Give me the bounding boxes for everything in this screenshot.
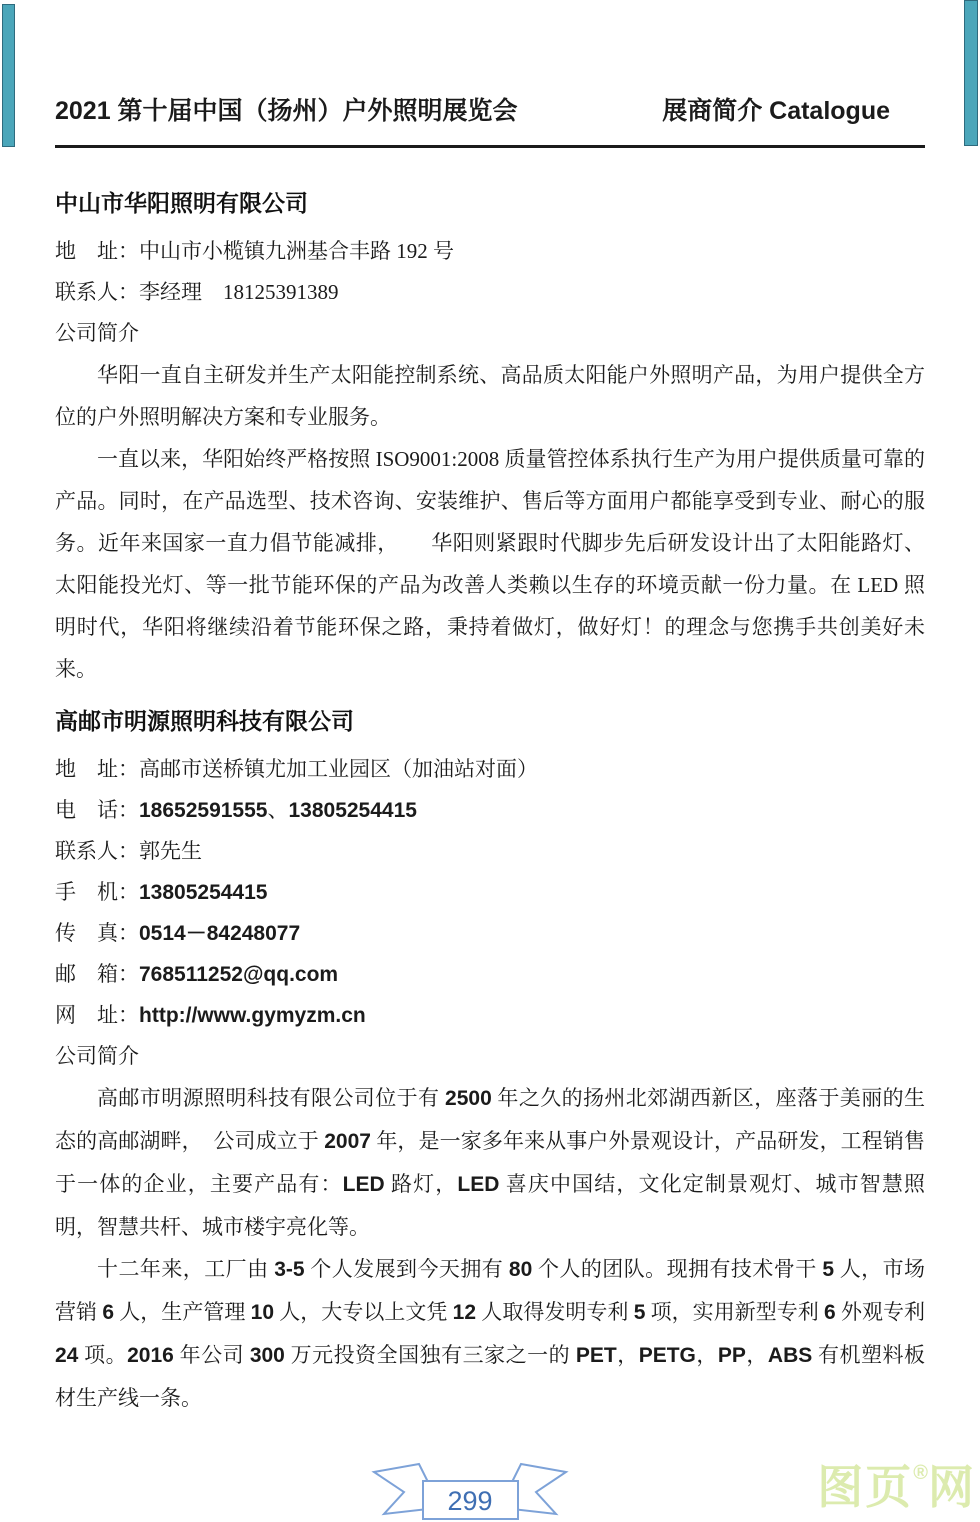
- contact-field-row: 网 址：http://www.gymyzm.cn: [55, 995, 925, 1036]
- text-segment: 十二年来，工厂由: [97, 1257, 274, 1281]
- bold-text-segment: 6: [824, 1301, 836, 1324]
- header-subtitle: 展商简介 Catalogue: [662, 94, 890, 128]
- intro-paragraph: 十二年来，工厂由 3-5 个人发展到今天拥有 80 个人的团队。现拥有技术骨干 …: [55, 1248, 925, 1419]
- bold-text-segment: PETG: [639, 1344, 696, 1367]
- company-intro-label: 公司简介: [55, 1036, 925, 1077]
- contact-field-value: 13805254415: [139, 880, 267, 904]
- company-section: 高邮市明源照明科技有限公司 地 址：高邮市送桥镇尤加工业园区（加油站对面） 电 …: [55, 708, 925, 1419]
- bold-text-segment: PP: [718, 1344, 746, 1367]
- contact-field-label: 手 机: [55, 880, 118, 904]
- bold-text-segment: 24: [55, 1344, 78, 1367]
- text-segment: 项。: [78, 1343, 127, 1367]
- bold-text-segment: 0514－84248077: [139, 922, 300, 945]
- contact-field-value: 高邮市送桥镇尤加工业园区（加油站对面）: [139, 757, 538, 781]
- contact-field-label: 邮 箱: [55, 962, 118, 986]
- text-segment: 一直以来，华阳始终严格按照 ISO9001:2008 质量管控体系执行生产为用户…: [55, 447, 925, 597]
- bold-text-segment: 12: [453, 1301, 476, 1324]
- bold-text-segment: 13805254415: [288, 799, 416, 822]
- contact-field-value: 768511252@qq.com: [139, 962, 338, 986]
- bold-text-segment: 18652591555: [139, 799, 267, 822]
- contact-field-separator: ：: [118, 921, 139, 945]
- contact-field-label: 联系人: [55, 839, 118, 863]
- contact-field-label: 传 真: [55, 921, 118, 945]
- bold-text-segment: 5: [634, 1301, 646, 1324]
- text-segment: 人，大专以上文凭: [274, 1300, 453, 1324]
- company-block-1: 中山市华阳照明有限公司 地 址：中山市小榄镇九洲基合丰路 192 号 联系人：李…: [55, 190, 925, 690]
- company-name: 中山市华阳照明有限公司: [55, 190, 925, 217]
- bold-text-segment: LED: [457, 1173, 499, 1196]
- bold-text-segment: 2016: [127, 1344, 174, 1367]
- contact-field-row: 电 话：18652591555、13805254415: [55, 790, 925, 831]
- bold-text-segment: 5: [822, 1258, 834, 1281]
- bold-text-segment: PET: [576, 1344, 617, 1367]
- text-segment: 郭先生: [139, 839, 202, 863]
- contact-field-row: 邮 箱：768511252@qq.com: [55, 954, 925, 995]
- registered-mark-icon: ®: [913, 1462, 928, 1484]
- company-intro-paragraphs: 高邮市明源照明科技有限公司位于有 2500 年之久的扬州北郊湖西新区，座落于美丽…: [55, 1077, 925, 1419]
- watermark-text: 网: [928, 1461, 976, 1513]
- text-segment: 人，生产管理: [114, 1300, 251, 1324]
- bold-text-segment: 3-5: [274, 1258, 304, 1281]
- bold-text-segment: 2007: [324, 1130, 371, 1153]
- bold-text-segment: 300: [250, 1344, 285, 1367]
- intro-paragraph: 高邮市明源照明科技有限公司位于有 2500 年之久的扬州北郊湖西新区，座落于美丽…: [55, 1077, 925, 1248]
- contact-field-value: 中山市小榄镇九洲基合丰路 192 号: [139, 239, 454, 263]
- text-segment: 人取得发明专利: [476, 1300, 634, 1324]
- contact-field-separator: ：: [118, 1003, 139, 1027]
- contact-field-label: 电 话: [55, 798, 118, 822]
- text-segment: 华阳一直自主研发并生产太阳能控制系统、高品质太阳能户外照明产品，为用户提供全方位…: [55, 363, 925, 429]
- contact-field-label: 地 址: [55, 239, 118, 263]
- text-segment: LED: [857, 573, 898, 597]
- watermark-text: 图页: [817, 1461, 913, 1513]
- intro-paragraph: 华阳一直自主研发并生产太阳能控制系统、高品质太阳能户外照明产品，为用户提供全方位…: [55, 354, 925, 438]
- bold-text-segment: 768511252@qq.com: [139, 963, 338, 986]
- intro-paragraph: 一直以来，华阳始终严格按照 ISO9001:2008 质量管控体系执行生产为用户…: [55, 438, 925, 690]
- left-accent-bar: [2, 4, 15, 147]
- text-segment: ，: [696, 1343, 718, 1367]
- text-segment: 外观专利: [836, 1300, 925, 1324]
- bold-text-segment: 10: [251, 1301, 274, 1324]
- company-contact-fields: 地 址：中山市小榄镇九洲基合丰路 192 号 联系人：李经理 181253913…: [55, 231, 925, 313]
- text-segment: 个人发展到今天拥有: [305, 1257, 509, 1281]
- text-segment: ，: [746, 1343, 768, 1367]
- contact-field-row: 地 址：中山市小榄镇九洲基合丰路 192 号: [55, 231, 925, 272]
- page-header: 2021 第十届中国（扬州）户外照明展览会 展商简介 Catalogue: [55, 94, 890, 128]
- contact-field-row: 手 机：13805254415: [55, 872, 925, 913]
- ribbon-left-wing: [374, 1464, 428, 1514]
- page-number-ribbon: 299: [371, 1459, 569, 1521]
- contact-field-label: 网 址: [55, 1003, 118, 1027]
- header-rule: [55, 145, 925, 148]
- company-name: 高邮市明源照明科技有限公司: [55, 708, 925, 735]
- contact-field-value: 郭先生: [139, 839, 202, 863]
- text-segment: 个人的团队。现拥有技术骨干: [532, 1257, 822, 1281]
- text-segment: 万元投资全国独有三家之一的: [285, 1343, 576, 1367]
- company-section: 中山市华阳照明有限公司 地 址：中山市小榄镇九洲基合丰路 192 号 联系人：李…: [55, 190, 925, 690]
- contact-field-separator: ：: [118, 757, 139, 781]
- contact-field-value: 18652591555、13805254415: [139, 798, 417, 822]
- contact-field-value: 0514－84248077: [139, 921, 300, 945]
- contact-field-row: 传 真：0514－84248077: [55, 913, 925, 954]
- contact-field-separator: ：: [118, 880, 139, 904]
- contact-field-label: 地 址: [55, 757, 118, 781]
- bold-text-segment: http://www.gymyzm.cn: [139, 1004, 366, 1027]
- brand-watermark: 图页®网: [817, 1461, 976, 1514]
- text-segment: ，: [617, 1343, 639, 1367]
- page-number: 299: [447, 1486, 492, 1516]
- contact-field-separator: ：: [118, 239, 139, 263]
- contact-field-separator: ：: [118, 839, 139, 863]
- company-intro-label: 公司简介: [55, 313, 925, 354]
- right-accent-bar: [964, 0, 978, 146]
- text-segment: 年公司: [174, 1343, 250, 1367]
- contact-field-label: 联系人: [55, 280, 118, 304]
- bold-text-segment: 2500: [445, 1087, 492, 1110]
- contact-field-row: 地 址：高邮市送桥镇尤加工业园区（加油站对面）: [55, 749, 925, 790]
- contact-field-row: 联系人：郭先生: [55, 831, 925, 872]
- bold-text-segment: ABS: [768, 1344, 812, 1367]
- text-segment: 路灯，: [385, 1172, 458, 1196]
- contact-field-value: 李经理 18125391389: [139, 280, 339, 304]
- catalogue-page: 2021 第十届中国（扬州）户外照明展览会 展商简介 Catalogue 中山市…: [0, 0, 980, 1522]
- header-title: 2021 第十届中国（扬州）户外照明展览会: [55, 94, 518, 128]
- ribbon-right-wing: [512, 1464, 566, 1514]
- text-segment: 高邮市明源照明科技有限公司位于有: [97, 1086, 445, 1110]
- contact-field-value: http://www.gymyzm.cn: [139, 1003, 366, 1027]
- contact-field-row: 联系人：李经理 18125391389: [55, 272, 925, 313]
- text-segment: 、: [267, 798, 288, 822]
- bold-text-segment: 13805254415: [139, 881, 267, 904]
- bold-text-segment: LED: [343, 1173, 385, 1196]
- company-block-2: 高邮市明源照明科技有限公司 地 址：高邮市送桥镇尤加工业园区（加油站对面） 电 …: [55, 708, 925, 1419]
- bold-text-segment: 6: [102, 1301, 114, 1324]
- company-contact-fields: 地 址：高邮市送桥镇尤加工业园区（加油站对面） 电 话：18652591555、…: [55, 749, 925, 1036]
- text-segment: 李经理 18125391389: [139, 280, 339, 304]
- text-segment: 中山市小榄镇九洲基合丰路 192 号: [139, 239, 454, 263]
- company-intro-paragraphs: 华阳一直自主研发并生产太阳能控制系统、高品质太阳能户外照明产品，为用户提供全方位…: [55, 354, 925, 690]
- bold-text-segment: 80: [509, 1258, 532, 1281]
- contact-field-separator: ：: [118, 798, 139, 822]
- text-segment: 高邮市送桥镇尤加工业园区（加油站对面）: [139, 757, 538, 781]
- text-segment: 项，实用新型专利: [645, 1300, 824, 1324]
- contact-field-separator: ：: [118, 280, 139, 304]
- contact-field-separator: ：: [118, 962, 139, 986]
